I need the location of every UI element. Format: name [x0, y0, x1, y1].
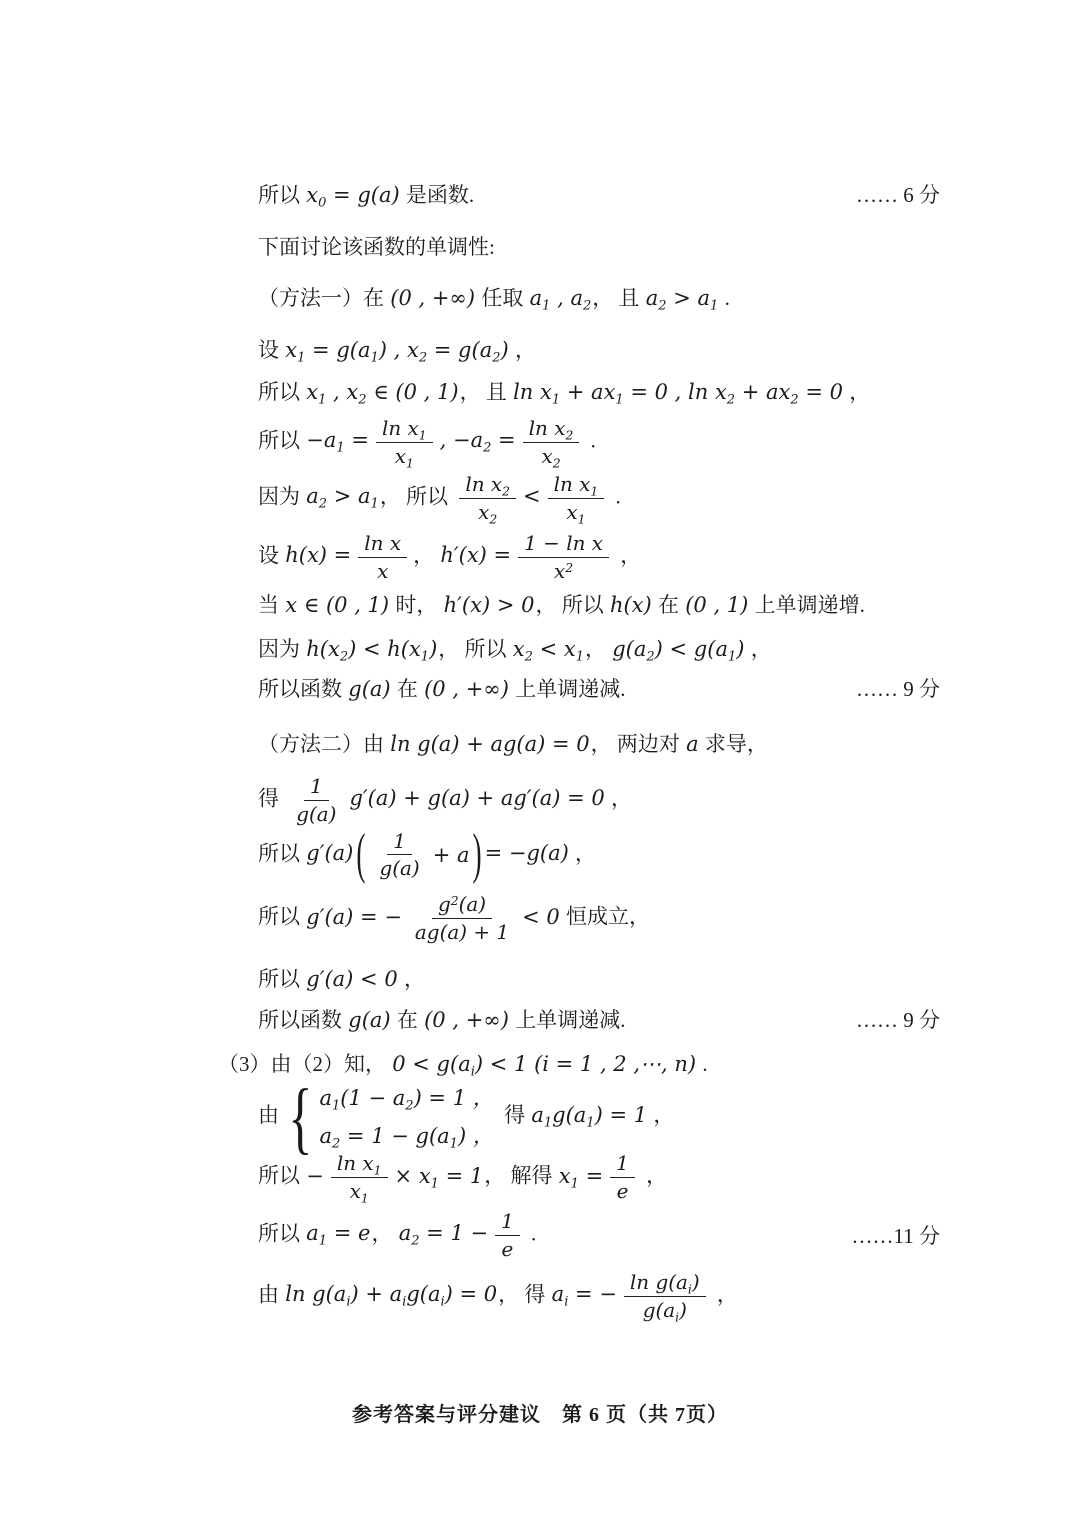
fraction: ln g(ai)g(ai)	[623, 1270, 707, 1323]
text-run: ， 所以	[535, 593, 609, 617]
score-mark: …… 6 分	[856, 182, 940, 208]
math-run: a	[685, 732, 700, 756]
text-run: ，	[510, 338, 536, 362]
math-run: < 0	[521, 905, 561, 929]
text-run: ，	[844, 380, 870, 404]
math-run: a2 > a1	[645, 286, 720, 310]
text-run: ，	[712, 1282, 738, 1306]
text-run: 设	[258, 338, 284, 362]
math-run: a1g(a1) = 1	[530, 1103, 648, 1127]
solution-line: 下面讨论该函数的单调性:	[258, 234, 940, 260]
fraction-denominator: g(a)	[373, 855, 425, 881]
text-run: 设	[258, 543, 284, 567]
text-run: .	[526, 1221, 537, 1245]
text-run: 是函数.	[401, 183, 475, 207]
math-run: g(a)	[347, 1008, 391, 1032]
score-mark: …… 9 分	[856, 676, 940, 702]
text-run: 当	[258, 593, 284, 617]
fraction: ln x1x1	[375, 416, 434, 469]
math-run: ai = −	[551, 1282, 618, 1306]
text-run: ，	[585, 637, 611, 661]
math-run: x ∈ (0 , 1)	[284, 593, 390, 617]
text-run: ，	[641, 1164, 667, 1188]
fraction: ln xx	[357, 531, 408, 584]
text-run: ，	[570, 841, 596, 865]
text-run: ，	[615, 543, 641, 567]
solution-line: （3）由（2）知， 0 < g(ai) < 1 (i = 1 , 2 ,⋯, n…	[218, 1051, 940, 1077]
text-run: 所以	[258, 905, 305, 929]
math-run: g′(a) + g(a) + ag′(a) = 0	[348, 786, 605, 810]
math-run: + a	[432, 842, 471, 868]
solution-line: （方法二）由 ln g(a) + ag(a) = 0， 两边对 a 求导，	[258, 731, 940, 757]
cases-row: a2 = 1 − g(a1) ，	[318, 1123, 494, 1149]
solution-line: 设 h(x) =ln xx， h′(x) =1 − ln xx2 ，	[258, 531, 940, 584]
text-run: .	[585, 428, 596, 452]
text-run: 任取	[476, 286, 529, 310]
score-mark: ……11 分	[852, 1223, 940, 1249]
solution-line: 所以 g′(a)(1g(a)+ a)= −g(a) ，	[258, 829, 940, 882]
fraction-denominator: x1	[344, 1178, 375, 1204]
text-run: ， 得	[498, 1282, 551, 1306]
math-run: (0 , +∞)	[423, 677, 510, 701]
text-run: 得	[258, 786, 284, 810]
fraction-numerator: ln x	[358, 531, 407, 558]
math-run: (0 , +∞)	[389, 286, 476, 310]
text-run: 所以	[258, 841, 305, 865]
fraction-numerator: 1	[304, 774, 329, 801]
solution-line: 由 {a1(1 − a2) = 1 ，a2 = 1 − g(a1) ， 得 a1…	[258, 1085, 940, 1149]
fraction-denominator: e	[611, 1178, 635, 1204]
fraction: 1g(a)	[289, 774, 343, 827]
solution-line: 设 x1 = g(a1) , x2 = g(a2) ，	[258, 337, 940, 363]
solution-line: 所以 g′(a) = −g2(a)ag(a) + 1< 0 恒成立，	[258, 892, 940, 945]
math-run: a2 = 1 −	[398, 1221, 489, 1245]
math-run: −a1 =	[305, 428, 370, 452]
math-run: h′(x) =	[439, 543, 512, 567]
fraction: ln x2x2	[458, 472, 517, 525]
fraction: g2(a)ag(a) + 1	[408, 892, 516, 945]
solution-line: 所以 g′(a) < 0 ，	[258, 966, 940, 992]
text-run: 在	[392, 677, 424, 701]
solution-line: 所以 a1 = e， a2 = 1 −1e .……11 分	[258, 1209, 940, 1262]
fraction-numerator: ln x1	[548, 472, 605, 499]
fraction-denominator: x2	[535, 443, 566, 469]
math-run: g′(a) = −	[305, 905, 403, 929]
text-run: 时，	[390, 593, 443, 617]
fraction-denominator: g(a)	[290, 801, 342, 827]
text-run: ， 所以	[438, 637, 512, 661]
text-run: 所以	[258, 1164, 305, 1188]
math-run: × x1 = 1	[394, 1164, 485, 1188]
page-footer: 参考答案与评分建议 第 6 页（共 7页）	[0, 1398, 1080, 1427]
text-run: 所以函数	[258, 677, 347, 701]
fraction-numerator: g2(a)	[432, 892, 492, 919]
solution-line: 所以 −a1 =ln x1x1, −a2 =ln x2x2 .	[258, 416, 940, 469]
fraction-numerator: ln x1	[376, 416, 433, 443]
fraction: 1e	[494, 1209, 521, 1262]
math-run: 0 < g(ai) < 1 (i = 1 , 2 ,⋯, n)	[391, 1052, 697, 1076]
fraction-numerator: 1	[387, 829, 412, 856]
fraction-denominator: x2	[548, 558, 579, 584]
text-run: ，	[371, 1221, 397, 1245]
fraction: 1 − ln xx2	[517, 531, 610, 584]
fraction-denominator: x	[371, 558, 394, 584]
brace-icon: {	[288, 1077, 312, 1158]
math-run: g(a)	[347, 677, 391, 701]
text-run: ，	[413, 543, 439, 567]
solution-line: 所以函数 g(a) 在 (0 , +∞) 上单调递减.…… 9 分	[258, 1007, 940, 1033]
text-run: ， 且	[460, 380, 513, 404]
text-run: .	[719, 286, 730, 310]
text-run: 由	[258, 1103, 284, 1127]
text-run: 因为	[258, 637, 305, 661]
fraction-denominator: ag(a) + 1	[409, 919, 515, 945]
solution-line: 所以 x1 , x2 ∈ (0 , 1)， 且 ln x1 + ax1 = 0 …	[258, 379, 940, 405]
fraction-numerator: ln g(ai)	[624, 1270, 706, 1297]
fraction: ln x2x2	[522, 416, 581, 469]
text-run: （方法一）在	[258, 286, 389, 310]
text-run: （方法二）由	[258, 732, 389, 756]
solution-line: 因为 a2 > a1， 所以 ln x2x2<ln x1x1 .	[258, 472, 940, 525]
solution-line: （方法一）在 (0 , +∞) 任取 a1 , a2， 且 a2 > a1 .	[258, 285, 940, 311]
math-run: x1 , x2 ∈ (0 , 1)	[305, 380, 459, 404]
solution-line: 所以 x0 = g(a) 是函数.…… 6 分	[258, 182, 940, 208]
fraction-numerator: 1	[610, 1151, 635, 1178]
text-run: 因为	[258, 484, 305, 508]
score-mark: …… 9 分	[856, 1007, 940, 1033]
math-run: , −a2 =	[439, 428, 517, 452]
text-run: 在	[392, 1008, 424, 1032]
fraction-denominator: x1	[560, 499, 591, 525]
text-run: 由	[258, 1282, 284, 1306]
fraction-denominator: x2	[472, 499, 503, 525]
math-run: (0 , +∞)	[423, 1008, 510, 1032]
fraction-numerator: 1	[495, 1209, 520, 1236]
math-run: h(x)	[609, 593, 653, 617]
text-run: ，	[606, 786, 632, 810]
solution-line: 由 ln g(ai) + aig(ai) = 0， 得 ai = −ln g(a…	[258, 1270, 940, 1323]
math-run: a2 > a1	[305, 484, 380, 508]
cases-row: a1(1 − a2) = 1 ，	[318, 1085, 494, 1111]
cases-system: {a1(1 − a2) = 1 ，a2 = 1 − g(a1) ，	[288, 1085, 495, 1149]
text-run: ， 两边对	[591, 732, 686, 756]
paren-group: (1g(a)+ a)	[354, 829, 483, 882]
text-run: 下面讨论该函数的单调性:	[258, 235, 495, 259]
text-run: 所以	[258, 183, 305, 207]
text-run: 所以	[258, 380, 305, 404]
fraction: ln x1x1	[547, 472, 606, 525]
math-run: x2 < x1	[512, 637, 585, 661]
math-run: = −g(a)	[484, 841, 570, 865]
text-run: 上单调递减.	[510, 677, 626, 701]
solution-line: 所以 −ln x1x1× x1 = 1， 解得 x1 =1e ，	[258, 1151, 940, 1204]
math-run: x0 = g(a)	[305, 183, 400, 207]
text-run: ， 解得	[484, 1164, 558, 1188]
math-run: x1 =	[558, 1164, 604, 1188]
solution-line: 所以函数 g(a) 在 (0 , +∞) 上单调递减.…… 9 分	[258, 676, 940, 702]
math-run: (0 , 1)	[684, 593, 749, 617]
math-run: g′(a)	[305, 841, 354, 865]
text-run: .	[697, 1052, 708, 1076]
fraction-numerator: ln x1	[331, 1151, 388, 1178]
math-run: x1 = g(a1) , x2 = g(a2)	[284, 338, 509, 362]
math-run: h′(x) > 0	[443, 593, 536, 617]
math-run: ln x1 + ax1 = 0 , ln x2 + ax2 = 0	[512, 380, 844, 404]
text-run: 求导，	[700, 732, 768, 756]
fraction-numerator: 1 − ln x	[518, 531, 609, 558]
fraction-numerator: ln x2	[459, 472, 516, 499]
solution-line: 得 1g(a)g′(a) + g(a) + ag′(a) = 0 ，	[258, 774, 940, 827]
text-run: ， 且	[592, 286, 645, 310]
cases-rows: a1(1 − a2) = 1 ，a2 = 1 − g(a1) ，	[318, 1085, 494, 1149]
math-run: g(a2) < g(a1)	[611, 637, 745, 661]
text-run: .	[610, 484, 621, 508]
text-run: 得	[499, 1103, 531, 1127]
text-run: 所以	[258, 1221, 305, 1245]
fraction-denominator: e	[496, 1236, 520, 1262]
fraction-denominator: x1	[389, 443, 420, 469]
text-run: ， 所以	[380, 484, 454, 508]
text-run: 恒成立，	[561, 905, 650, 929]
math-run: ln g(ai) + aig(ai) = 0	[284, 1282, 498, 1306]
open-paren-icon: (	[356, 827, 365, 883]
answer-sheet-page: { "page": { "background": "#ffffff", "te…	[0, 0, 1080, 1527]
fraction-numerator: ln x2	[523, 416, 580, 443]
math-run: a1 , a2	[529, 286, 593, 310]
fraction: 1e	[609, 1151, 636, 1204]
text-run: 所以	[258, 967, 305, 991]
solution-line: 当 x ∈ (0 , 1) 时， h′(x) > 0， 所以 h(x) 在 (0…	[258, 592, 940, 618]
math-run: ln g(a) + ag(a) = 0	[389, 732, 590, 756]
solution-body: 所以 x0 = g(a) 是函数.…… 6 分下面讨论该函数的单调性:（方法一）…	[258, 182, 940, 1323]
fraction: 1g(a)	[372, 829, 426, 882]
text-run: 所以	[258, 428, 305, 452]
text-run: 所以函数	[258, 1008, 347, 1032]
fraction: ln x1x1	[330, 1151, 389, 1204]
text-run: 在	[653, 593, 685, 617]
text-run: ，	[399, 967, 425, 991]
text-run: 上单调递增.	[749, 593, 865, 617]
math-run: h(x2) < h(x1)	[305, 637, 438, 661]
math-run: h(x) =	[284, 543, 352, 567]
text-run: 上单调递减.	[510, 1008, 626, 1032]
close-paren-icon: )	[472, 827, 481, 883]
text-run: ，	[745, 637, 771, 661]
solution-line: 因为 h(x2) < h(x1)， 所以 x2 < x1， g(a2) < g(…	[258, 636, 940, 662]
math-run: −	[305, 1164, 325, 1188]
math-run: a1 = e	[305, 1221, 371, 1245]
math-run: g′(a) < 0	[305, 967, 398, 991]
text-run: ，	[648, 1103, 674, 1127]
fraction-denominator: g(ai)	[637, 1297, 693, 1323]
math-run: <	[522, 484, 542, 508]
